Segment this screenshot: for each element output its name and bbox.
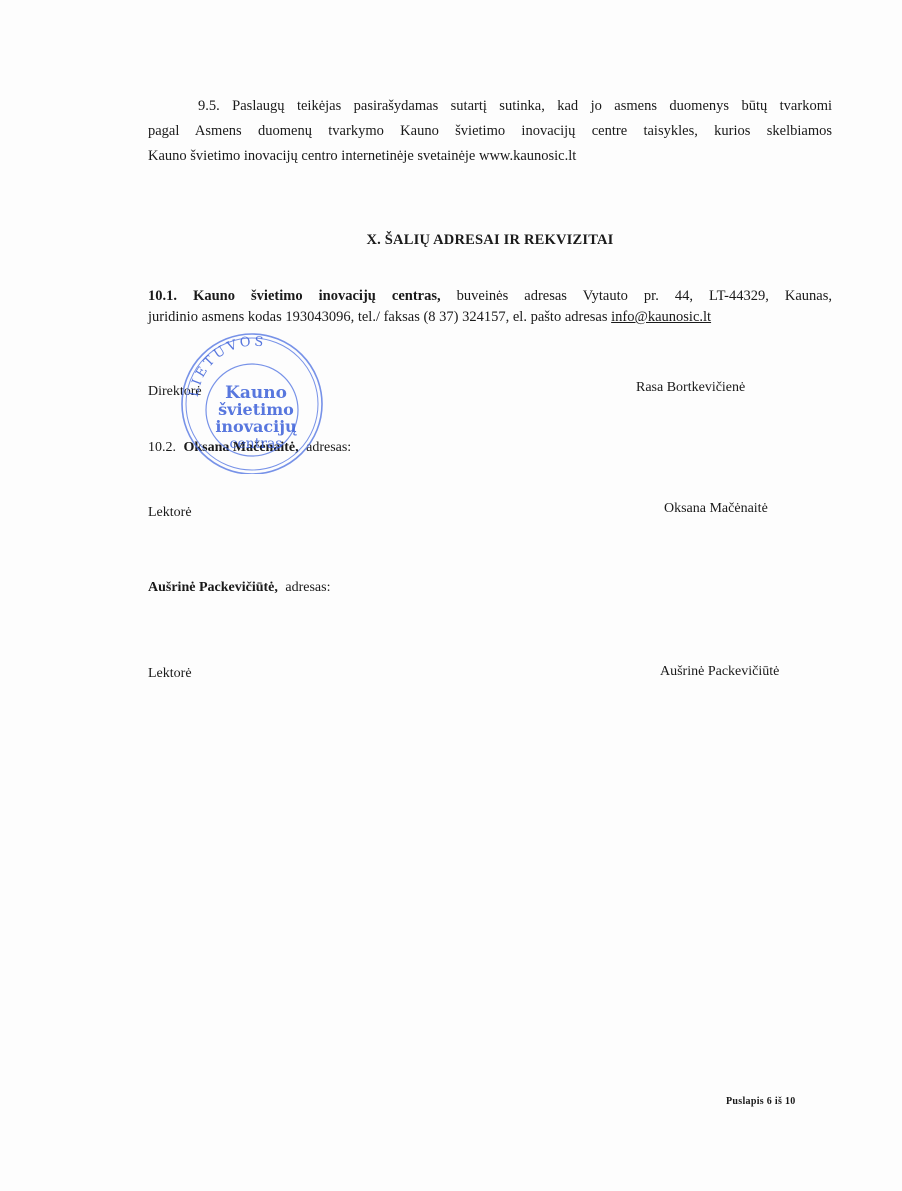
paragraph-10-1-line-1: 10.1. Kauno švietimo inovacijų centras, … xyxy=(148,286,832,307)
paragraph-10-1: 10.1. Kauno švietimo inovacijų centras, … xyxy=(148,286,832,328)
stamp-line-4: centras xyxy=(230,436,283,452)
paragraph-9-5-line-2: pagal Asmens duomenų tvarkymo Kauno švie… xyxy=(148,119,832,144)
organization-name: Kauno švietimo inovacijų centras, xyxy=(193,288,441,304)
paragraph-9-5-line-3: Kauno švietimo inovacijų centro internet… xyxy=(148,144,832,169)
organization-details: juridinio asmens kodas 193043096, tel./ … xyxy=(148,309,611,325)
email-link[interactable]: info@kaunosic.lt xyxy=(611,309,711,325)
party-2-address-label: adresas: xyxy=(285,580,330,595)
section-heading: X. ŠALIŲ ADRESAI IR REKVIZITAI xyxy=(148,232,832,249)
party-2-name: Aušrinė Packevičiūtė, xyxy=(148,580,278,595)
clause-number: 10.2. xyxy=(148,440,176,455)
page-number: Puslapis 6 iš 10 xyxy=(726,1096,796,1107)
party-1-signature-name: Oksana Mačėnaitė xyxy=(664,501,768,517)
clause-number: 10.1. xyxy=(148,288,177,304)
party-2-line: Aušrinė Packevičiūtė, adresas: xyxy=(148,580,330,596)
stamp-line-3: inovacijų xyxy=(215,417,297,436)
official-stamp-icon: LIETUVOS Kauno švietimo inovacijų centra… xyxy=(176,326,324,474)
party-2-role-label: Lektorė xyxy=(148,666,192,682)
party-2-signature-name: Aušrinė Packevičiūtė xyxy=(660,664,779,680)
document-page: 9.5. Paslaugų teikėjas pasirašydamas sut… xyxy=(0,0,902,1191)
paragraph-10-1-line-2: juridinio asmens kodas 193043096, tel./ … xyxy=(148,307,832,328)
organization-address: buveinės adresas Vytauto pr. 44, LT-4432… xyxy=(457,288,832,304)
paragraph-9-5-line-1: 9.5. Paslaugų teikėjas pasirašydamas sut… xyxy=(148,94,832,119)
paragraph-9-5: 9.5. Paslaugų teikėjas pasirašydamas sut… xyxy=(148,94,832,169)
party-1-role-label: Lektorė xyxy=(148,505,192,521)
director-name: Rasa Bortkevičienė xyxy=(636,380,745,396)
